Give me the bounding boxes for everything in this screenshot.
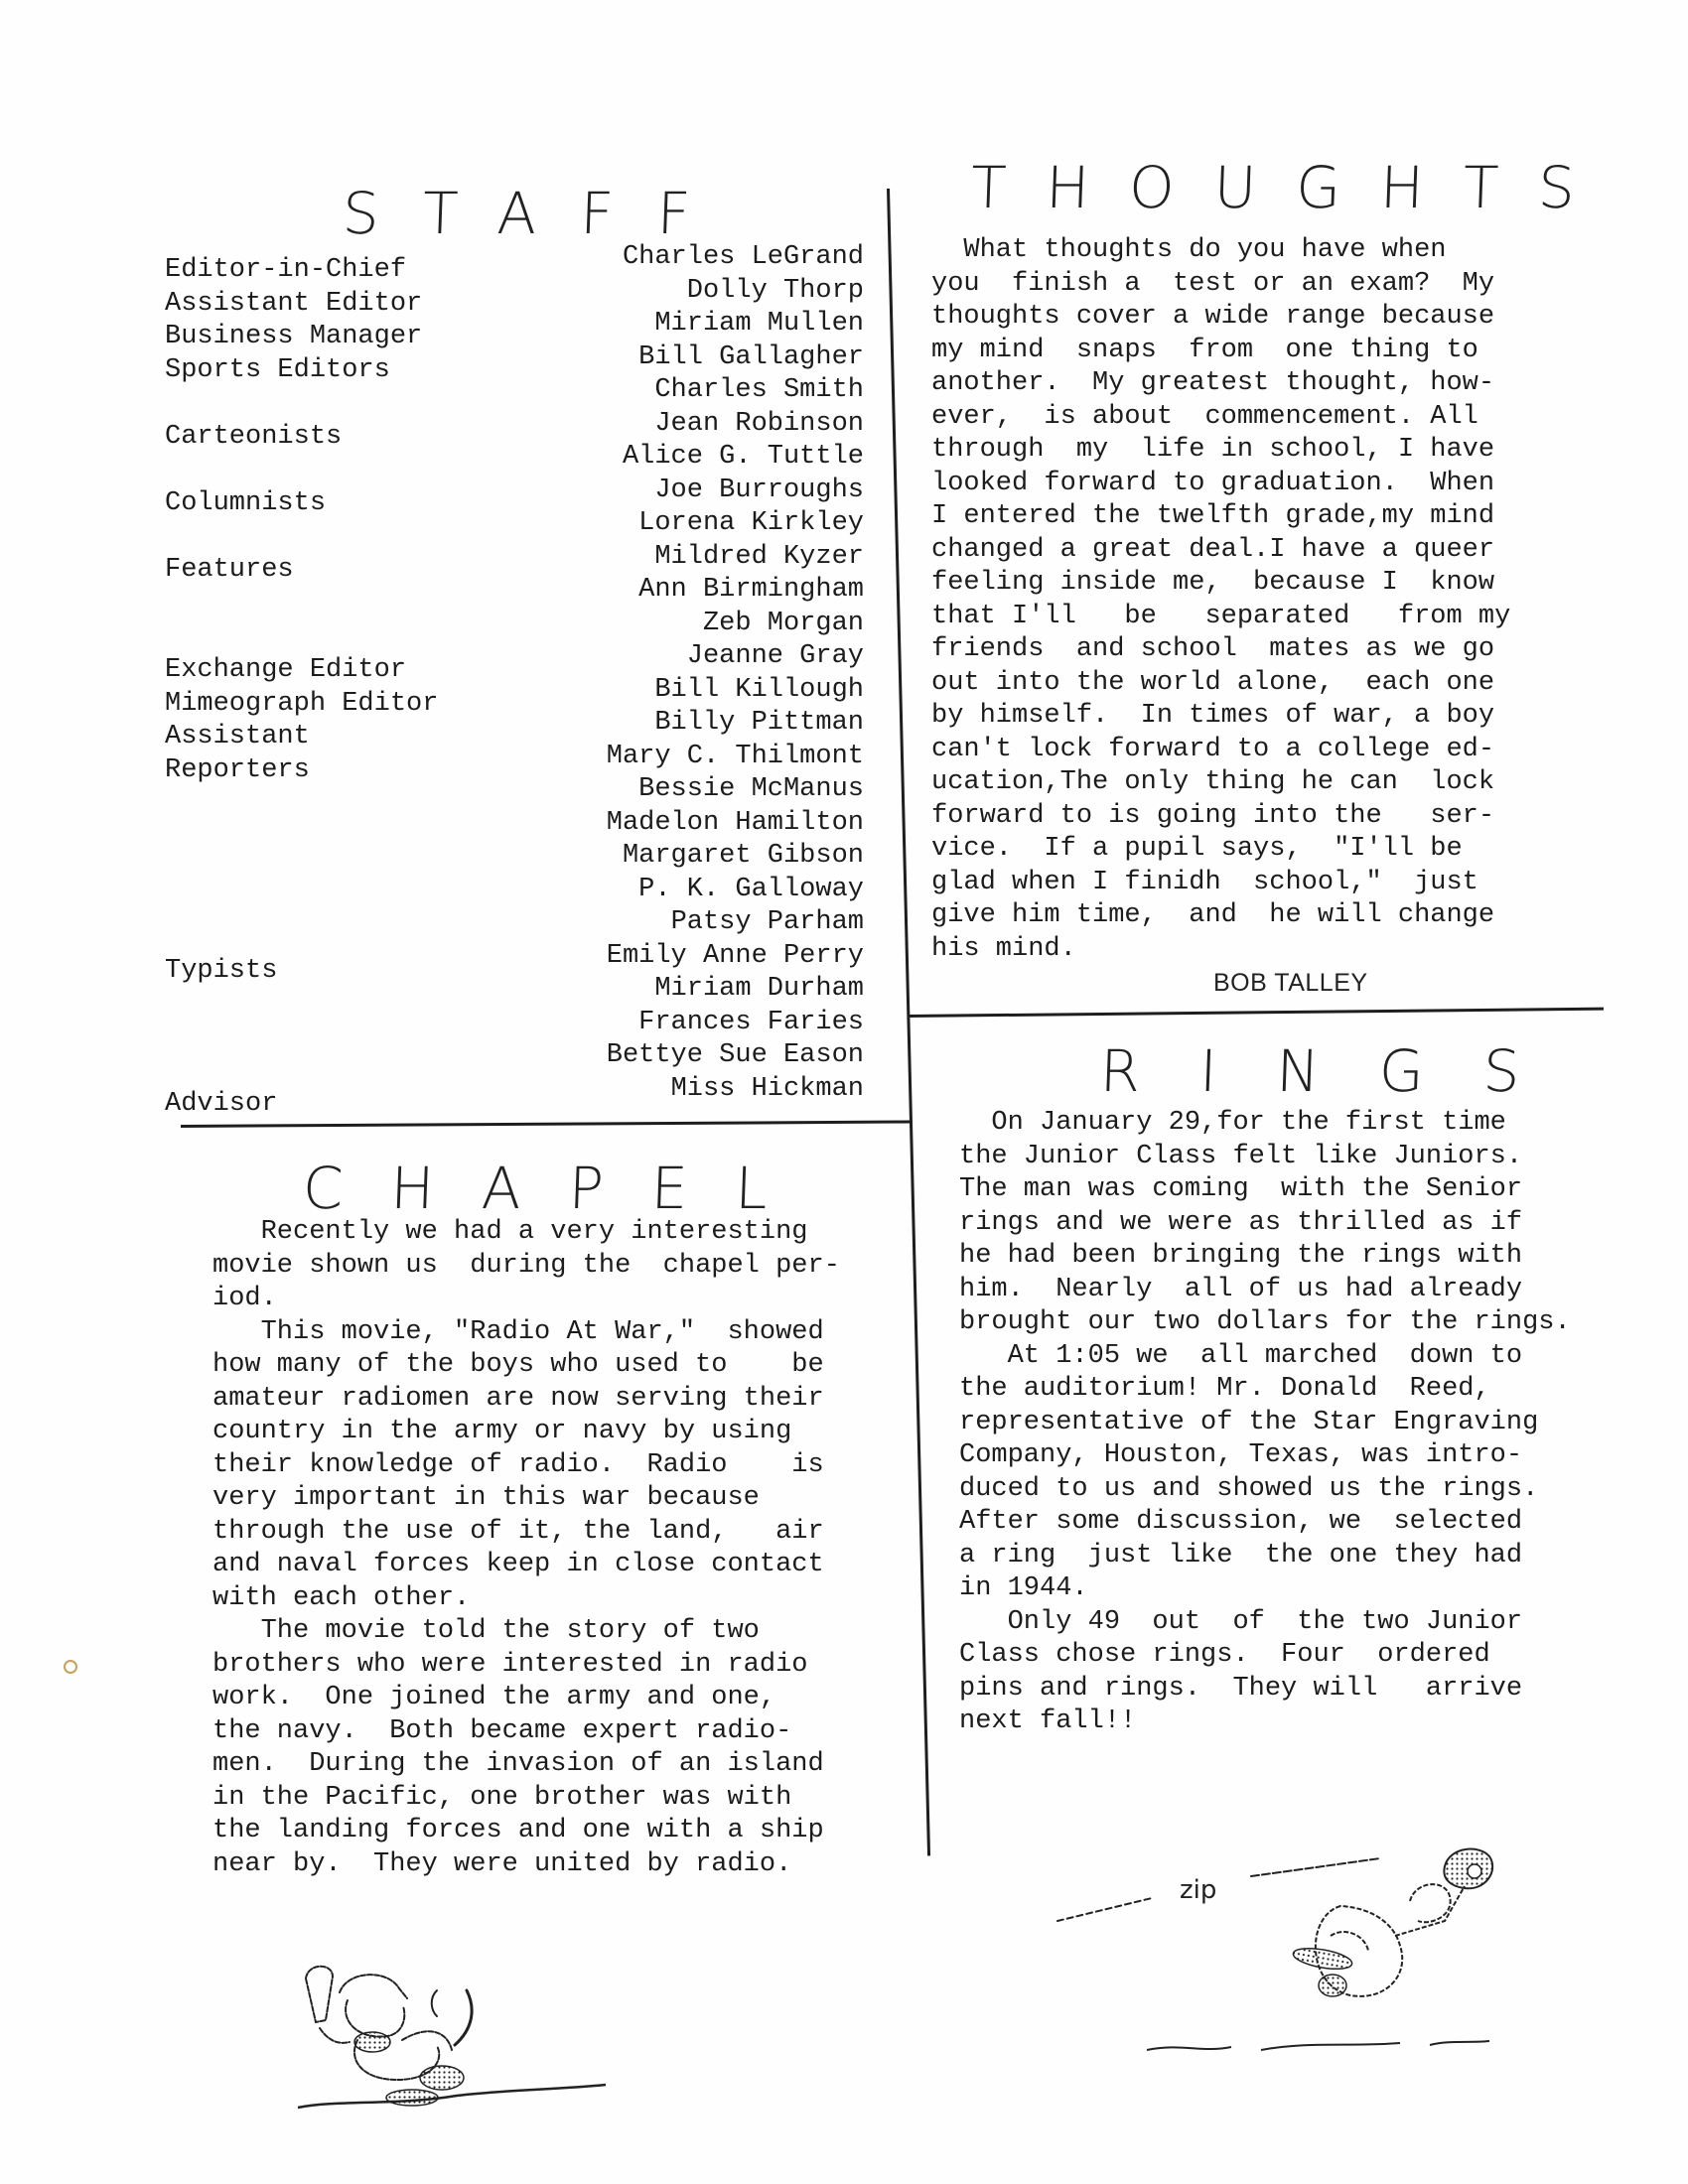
article-line: feeling inside me, because I know: [931, 567, 1510, 601]
staff-role: Columnists: [165, 487, 326, 521]
staff-role: Typists: [165, 955, 277, 989]
article-line: pins and rings. They will arrive: [959, 1673, 1571, 1706]
article-line: he had been bringing the rings with: [959, 1240, 1571, 1274]
article-line: through the use of it, the land, air: [212, 1516, 840, 1550]
article-line: very important in this war because: [212, 1482, 840, 1516]
article-line: with each other.: [212, 1582, 840, 1616]
article-line: in the Pacific, one brother was with: [212, 1782, 840, 1816]
article-line: forward to is going into the ser-: [931, 800, 1510, 834]
article-line: him. Nearly all of us had already: [959, 1274, 1571, 1307]
section-divider-left: [181, 1121, 911, 1128]
article-line: the Junior Class felt like Juniors.: [959, 1141, 1571, 1174]
article-line: At 1:05 we all marched down to: [959, 1340, 1571, 1374]
punch-hole-mark: [64, 1660, 77, 1674]
thoughts-byline: BOB TALLEY: [1213, 969, 1368, 998]
staff-name: Jean Robinson: [556, 408, 864, 442]
article-line: and naval forces keep in close contact: [212, 1549, 840, 1582]
staff-name: Zeb Morgan: [556, 608, 864, 641]
article-line: vice. If a pupil says, "I'll be: [931, 833, 1510, 867]
article-line: looked forward to graduation. When: [931, 468, 1510, 501]
rings-heading: RINGS: [1099, 1042, 1581, 1100]
staff-name: Frances Faries: [556, 1007, 864, 1040]
article-line: friends and school mates as we go: [931, 633, 1510, 667]
staff-role: Editor-in-Chief: [165, 254, 406, 288]
article-line: their knowledge of radio. Radio is: [212, 1449, 840, 1483]
article-line: how many of the boys who used to be: [212, 1349, 840, 1383]
thoughts-heading: THOUGHTS: [970, 159, 1616, 216]
staff-name: Bettye Sue Eason: [556, 1039, 864, 1073]
article-line: his mind.: [931, 933, 1510, 967]
article-line: give him time, and he will change: [931, 899, 1510, 933]
staff-name: Billy Pittman: [556, 707, 864, 741]
article-line: a ring just like the one they had: [959, 1540, 1571, 1573]
staff-name: Bill Gallagher: [556, 341, 864, 375]
article-line: men. During the invasion of an island: [212, 1748, 840, 1782]
article-line: What thoughts do you have when: [931, 234, 1510, 268]
staff-name: Bill Killough: [556, 674, 864, 708]
article-line: the navy. Both became expert radio-: [212, 1715, 840, 1749]
svg-text:zip: zip: [1180, 1875, 1216, 1905]
article-line: through my life in school, I have: [931, 434, 1510, 468]
staff-role: Mimeograph Editor: [165, 688, 438, 722]
staff-role: Exchange Editor: [165, 654, 406, 688]
article-line: country in the army or navy by using: [212, 1416, 840, 1449]
article-line: This movie, "Radio At War," showed: [212, 1316, 840, 1350]
article-line: out into the world alone, each one: [931, 667, 1510, 701]
article-line: that I'll be separated from my: [931, 601, 1510, 634]
staff-name: Margaret Gibson: [556, 840, 864, 874]
article-line: brought our two dollars for the rings.: [959, 1306, 1571, 1340]
article-line: representative of the Star Engraving: [959, 1407, 1571, 1440]
article-line: duced to us and showed us the rings.: [959, 1473, 1571, 1507]
staff-role: Features: [165, 554, 294, 588]
staff-name: Jeanne Gray: [556, 640, 864, 674]
article-line: Only 49 out of the two Junior: [959, 1606, 1571, 1640]
article-line: the landing forces and one with a ship: [212, 1815, 840, 1848]
article-line: glad when I finidh school," just: [931, 867, 1510, 900]
article-line: the auditorium! Mr. Donald Reed,: [959, 1373, 1571, 1407]
section-divider-right: [909, 1008, 1604, 1018]
article-line: The man was coming with the Senior: [959, 1173, 1571, 1207]
staff-name: Emily Anne Perry: [556, 940, 864, 974]
article-line: another. My greatest thought, how-: [931, 367, 1510, 401]
staff-heading: STAFF: [342, 185, 735, 242]
chapel-article-body: Recently we had a very interestingmovie …: [212, 1216, 840, 1881]
chapel-heading: CHAPEL: [302, 1160, 816, 1217]
staff-role: Sports Editors: [165, 354, 390, 388]
article-line: Class chose rings. Four ordered: [959, 1639, 1571, 1673]
article-line: work. One joined the army and one,: [212, 1682, 840, 1715]
article-line: brothers who were interested in radio: [212, 1649, 840, 1683]
article-line: near by. They were united by radio.: [212, 1848, 840, 1882]
staff-name: Charles Smith: [556, 374, 864, 408]
article-line: changed a great deal.I have a queer: [931, 534, 1510, 568]
article-line: ucation,The only thing he can lock: [931, 766, 1510, 800]
staff-role: Assistant Editor: [165, 288, 422, 322]
article-line: Recently we had a very interesting: [212, 1216, 840, 1250]
article-line: by himself. In times of war, a boy: [931, 700, 1510, 734]
staff-name: Bessie McManus: [556, 773, 864, 807]
article-line: The movie told the story of two: [212, 1615, 840, 1649]
article-line: my mind snaps from one thing to: [931, 335, 1510, 368]
article-line: can't lock forward to a college ed-: [931, 734, 1510, 767]
newsletter-page: STAFF Editor-in-ChiefAssistant EditorBus…: [0, 0, 1688, 2184]
staff-name: Mildred Kyzer: [556, 541, 864, 575]
article-line: in 1944.: [959, 1572, 1571, 1606]
staff-name: Miriam Durham: [556, 973, 864, 1007]
staff-role: Assistant: [165, 721, 310, 754]
article-line: iod.: [212, 1283, 840, 1316]
staff-name: Madelon Hamilton: [556, 807, 864, 841]
staff-name: Ann Birmingham: [556, 574, 864, 608]
article-line: ever, is about commencement. All: [931, 401, 1510, 435]
staff-name: Miss Hickman: [556, 1073, 864, 1107]
article-line: movie shown us during the chapel per-: [212, 1250, 840, 1284]
staff-name: Charles LeGrand: [556, 241, 864, 275]
staff-role: Advisor: [165, 1088, 277, 1122]
staff-name: Patsy Parham: [556, 906, 864, 940]
article-line: rings and we were as thrilled as if: [959, 1207, 1571, 1241]
article-line: On January 29,for the first time: [959, 1107, 1571, 1141]
article-line: Company, Houston, Texas, was intro-: [959, 1439, 1571, 1473]
staff-name: Joe Burroughs: [556, 475, 864, 508]
staff-name: Mary C. Thilmont: [556, 741, 864, 774]
staff-role: Business Manager: [165, 321, 422, 354]
staff-names-list: Charles LeGrandDolly ThorpMiriam MullenB…: [556, 241, 864, 1106]
article-line: After some discussion, we selected: [959, 1506, 1571, 1540]
article-line: you finish a test or an exam? My: [931, 268, 1510, 302]
article-line: next fall!!: [959, 1706, 1571, 1739]
article-line: thoughts cover a wide range because: [931, 301, 1510, 335]
staff-name: Alice G. Tuttle: [556, 441, 864, 475]
staff-name: Miriam Mullen: [556, 308, 864, 341]
article-line: I entered the twelfth grade,my mind: [931, 500, 1510, 534]
staff-name: Lorena Kirkley: [556, 507, 864, 541]
catcher-cartoon-icon: zip: [1053, 1827, 1609, 2055]
rings-article-body: On January 29,for the first timethe Juni…: [959, 1107, 1571, 1739]
staff-role: Carteonists: [165, 421, 342, 455]
batter-cartoon-icon: [278, 1951, 616, 2119]
staff-name: Dolly Thorp: [556, 275, 864, 309]
article-line: amateur radiomen are now serving their: [212, 1383, 840, 1417]
column-divider-vertical: [887, 189, 930, 1856]
staff-name: P. K. Galloway: [556, 874, 864, 907]
staff-role: Reporters: [165, 754, 310, 788]
thoughts-article-body: What thoughts do you have whenyou finish…: [931, 234, 1510, 966]
